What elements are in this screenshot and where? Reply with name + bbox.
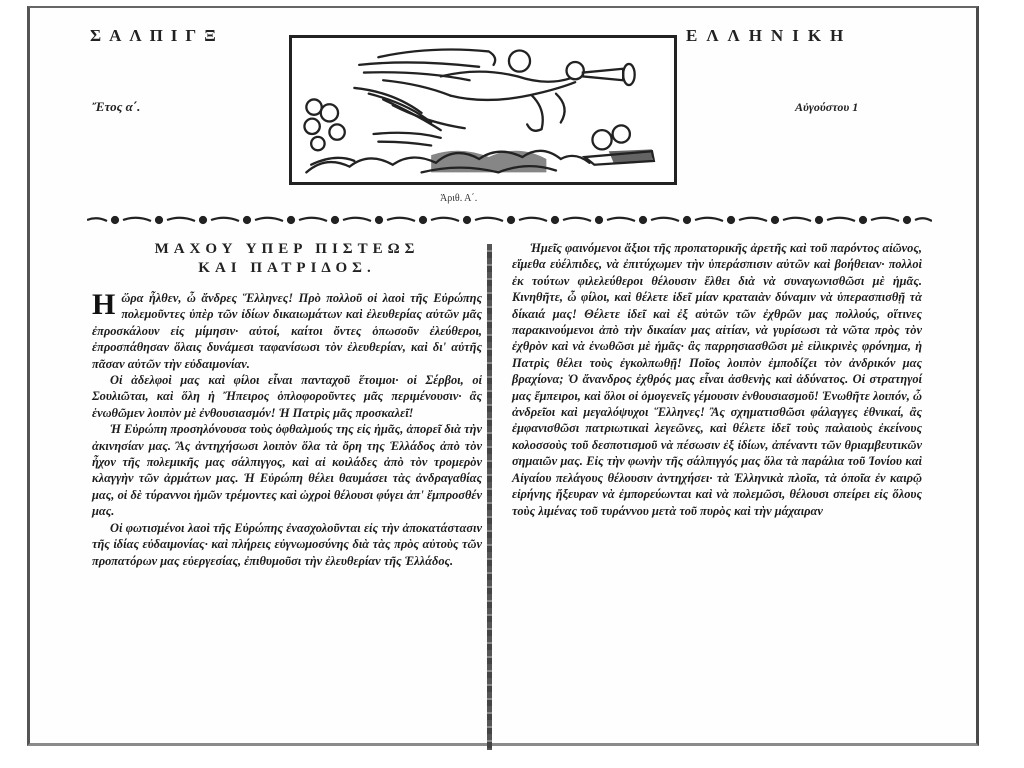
year-label: Ἔτος α΄. bbox=[92, 99, 140, 115]
article-column-right: Ἡμεῖς φαινόμενοι ἄξιοι τῆς προπατορικῆς … bbox=[512, 240, 922, 519]
article-headline: ΜΑΧΟΥ ΥΠΕΡ ΠΙΣΤΕΩΣ ΚΑΙ ΠΑΤΡΙΔΟΣ. bbox=[92, 240, 482, 278]
paragraph: Ηὥρα ἦλθεν, ὦ ἄνδρες Ἕλληνες! Πρὸ πολλοῦ… bbox=[92, 290, 482, 372]
headline-line-1: ΜΑΧΟΥ ΥΠΕΡ ΠΙΣΤΕΩΣ bbox=[92, 240, 482, 259]
headline-line-2: ΚΑΙ ΠΑΤΡΙΔΟΣ. bbox=[92, 259, 482, 278]
masthead-title-left: ΣΑΛΠΙΓΞ bbox=[90, 26, 224, 46]
paragraph: Οἱ ἀδελφοὶ μας καὶ φίλοι εἶναι πανταχοῦ … bbox=[92, 372, 482, 421]
article-column-left: ΜΑΧΟΥ ΥΠΕΡ ΠΙΣΤΕΩΣ ΚΑΙ ΠΑΤΡΙΔΟΣ. Ηὥρα ἦλ… bbox=[92, 240, 482, 569]
issue-number: Ἀριθ. Α΄. bbox=[440, 193, 477, 204]
drop-cap: Η bbox=[92, 292, 115, 318]
masthead-title-right: ΕΛΛΗΝΙΚΗ bbox=[686, 26, 852, 46]
paragraph: Ἡ Εὐρώπη προσηλόνουσα τοὺς ὀφθαλμούς της… bbox=[92, 421, 482, 519]
column-divider bbox=[487, 244, 492, 750]
date-label: Αὐγούστου 1 bbox=[795, 100, 858, 115]
paragraph: Ἡμεῖς φαινόμενοι ἄξιοι τῆς προπατορικῆς … bbox=[512, 240, 922, 519]
ornamental-rule bbox=[87, 213, 932, 227]
angel-trumpet-illustration bbox=[289, 35, 677, 185]
angel-icon bbox=[292, 38, 674, 182]
paragraph: Οἱ φωτισμένοι λαοὶ τῆς Εὐρώπης ἐνασχολοῦ… bbox=[92, 520, 482, 569]
